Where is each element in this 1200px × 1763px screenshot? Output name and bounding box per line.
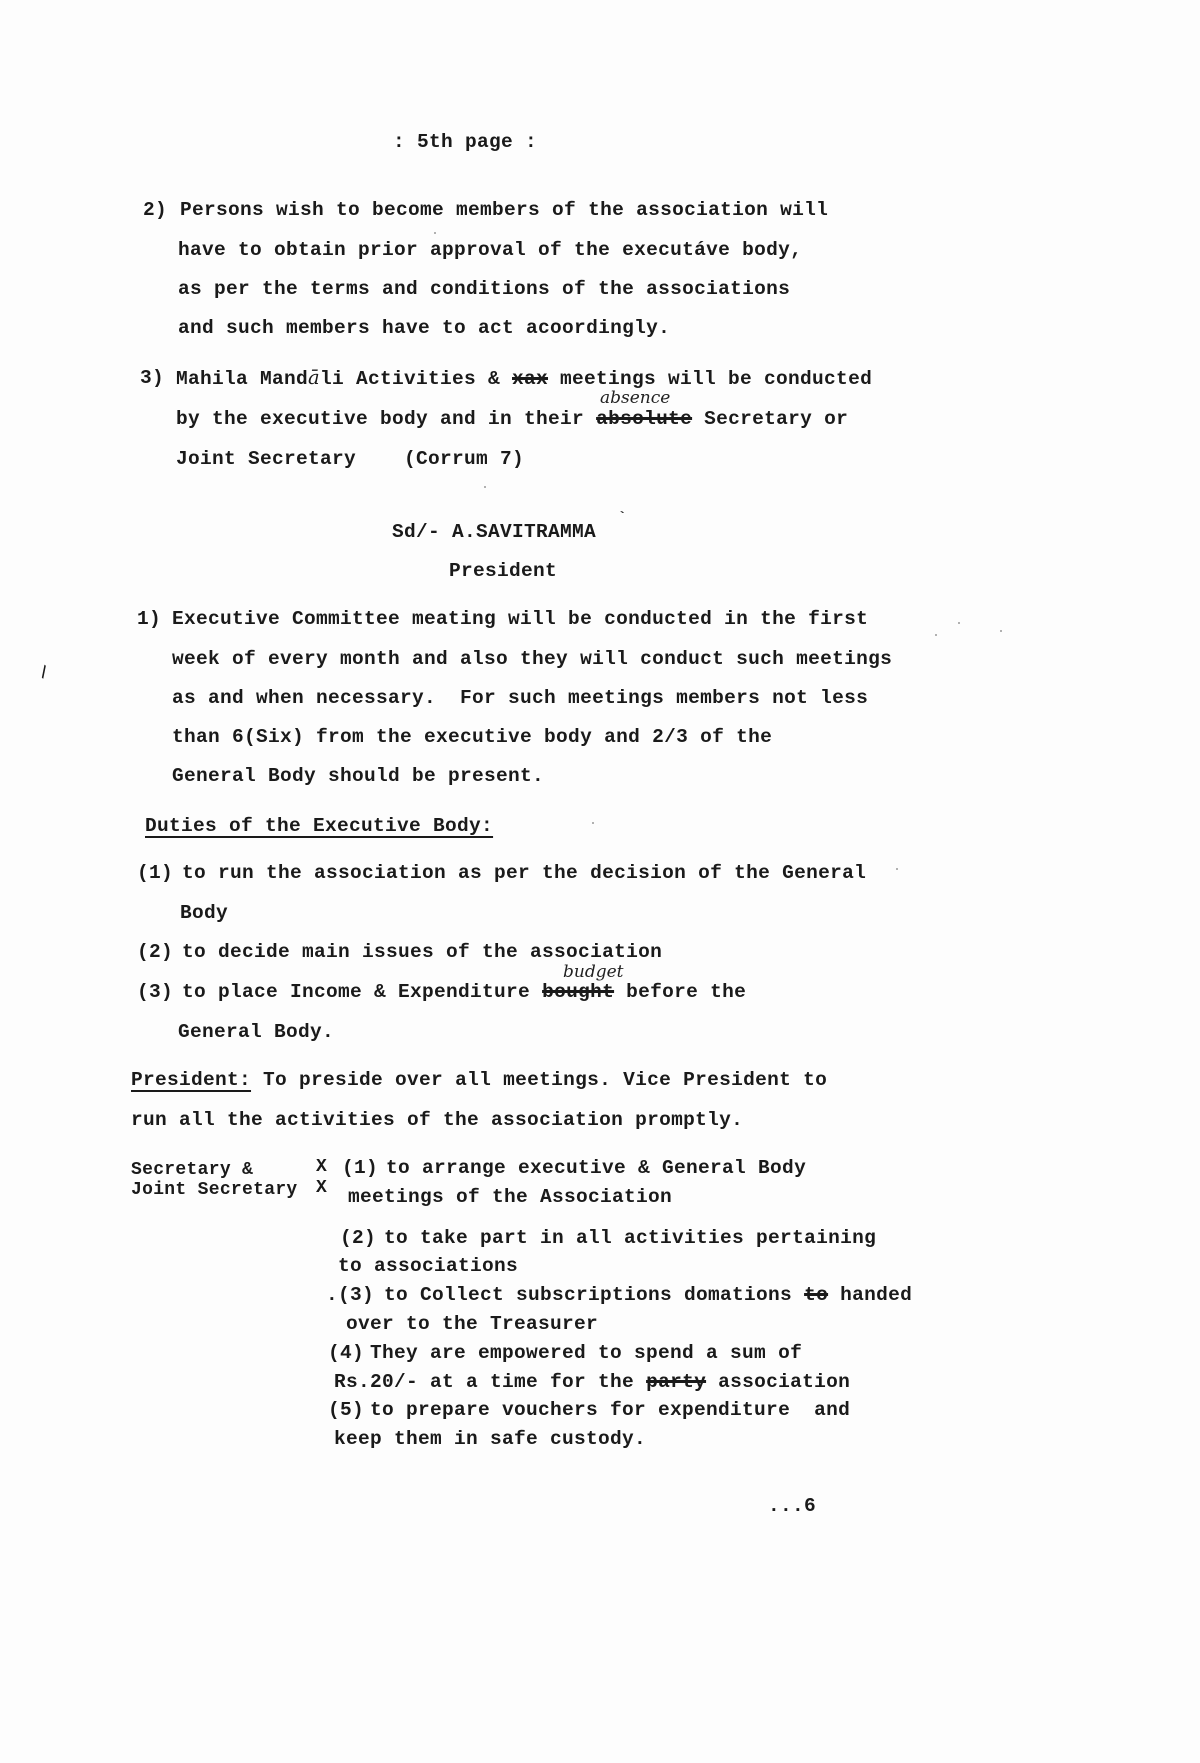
signature-name: Sd/- A.SAVITRAMMA [392, 520, 596, 544]
sec-duty-3-number: .(3) [326, 1283, 374, 1307]
struck-text: bought [542, 981, 614, 1003]
sec-duty-2-line-2: to associations [338, 1254, 518, 1278]
duty-1-line-2: Body [180, 901, 228, 925]
sec-duty-4-number: (4) [328, 1341, 364, 1365]
meeting-clause-line-2: week of every month and also they will c… [172, 647, 892, 671]
duty-3-line-1: to place Income & Expenditure bought bef… [182, 980, 746, 1004]
clause-2-line-2: have to obtain prior approval of the exe… [178, 238, 802, 262]
secretary-label-2: Joint Secretary [131, 1178, 298, 1202]
scan-speck [484, 486, 486, 488]
sec-duty-2-line-1: to take part in all activities pertainin… [384, 1226, 876, 1250]
president-paragraph: President: To preside over all meetings.… [131, 1068, 827, 1092]
meeting-clause-line-3: as and when necessary. For such meetings… [172, 686, 868, 710]
clause-2-number: 2) [143, 198, 167, 222]
duty-3-number: (3) [137, 980, 173, 1004]
sec-duty-3-line-2: over to the Treasurer [346, 1312, 598, 1336]
clause-3-number: 3) [140, 366, 164, 390]
duty-1-line-1: to run the association as per the decisi… [182, 861, 866, 885]
sec-duty-4-line-2: Rs.20/- at a time for the party associat… [334, 1370, 850, 1394]
struck-text: party [646, 1371, 706, 1393]
sec-duty-5-line-2: keep them in safe custody. [334, 1427, 646, 1451]
page-continuation: ...6 [768, 1494, 816, 1518]
clause-3-line-3: Joint Secretary (Corrum 7) [176, 447, 524, 471]
clause-3-line-1: Mahila Mandāli Activities & xax meetings… [176, 366, 872, 391]
sec-duty-1-line-2: meetings of the Association [348, 1185, 672, 1209]
sec-duty-3-line-1: to Collect subscriptions domations to ha… [384, 1283, 912, 1307]
scan-speck [935, 634, 937, 636]
struck-text: xax [512, 368, 548, 390]
page-header: : 5th page : [393, 130, 537, 154]
meeting-clause-line-1: Executive Committee meating will be cond… [172, 607, 868, 631]
duty-3-line-2: General Body. [178, 1020, 334, 1044]
sec-duty-5-number: (5) [328, 1398, 364, 1422]
handwritten-annotation: absence [600, 388, 670, 408]
president-line-2: run all the activities of the associatio… [131, 1108, 743, 1132]
scan-speck [592, 822, 594, 824]
duty-2-line-1: to decide main issues of the association [182, 940, 662, 964]
sec-duty-5-line-1: to prepare vouchers for expenditure and [370, 1398, 850, 1422]
handwritten-correction: ā [308, 366, 320, 389]
meeting-clause-number: 1) [137, 607, 161, 631]
stray-mark: \ [33, 663, 52, 683]
sec-duty-2-number: (2) [340, 1226, 376, 1250]
meeting-clause-line-5: General Body should be present. [172, 764, 544, 788]
handwritten-annotation: budget [563, 962, 624, 982]
struck-text: absolute [596, 408, 692, 430]
stray-mark: ` [618, 510, 626, 526]
clause-2-line-3: as per the terms and conditions of the a… [178, 277, 790, 301]
duty-1-number: (1) [137, 861, 173, 885]
document-page: : 5th page : 2) Persons wish to become m… [0, 0, 1200, 1763]
duties-heading: Duties of the Executive Body: [145, 814, 493, 838]
meeting-clause-line-4: than 6(Six) from the executive body and … [172, 725, 772, 749]
duty-2-number: (2) [137, 940, 173, 964]
sec-duty-1-number: (1) [342, 1156, 378, 1180]
sec-duty-4-line-1: They are empowered to spend a sum of [370, 1341, 802, 1365]
signature-title: President [449, 559, 557, 583]
scan-speck [896, 868, 898, 870]
struck-text: to [804, 1284, 828, 1306]
bracket-mark: X [316, 1176, 327, 1200]
scan-speck [434, 232, 436, 234]
clause-2-line-4: and such members have to act acoordingly… [178, 316, 670, 340]
president-label: President: [131, 1069, 251, 1091]
scan-speck [958, 622, 960, 624]
clause-3-line-2: by the executive body and in their absol… [176, 407, 848, 431]
sec-duty-1-line-1: to arrange executive & General Body [386, 1156, 806, 1180]
clause-2-line-1: Persons wish to become members of the as… [180, 198, 828, 222]
scan-speck [1000, 630, 1002, 632]
